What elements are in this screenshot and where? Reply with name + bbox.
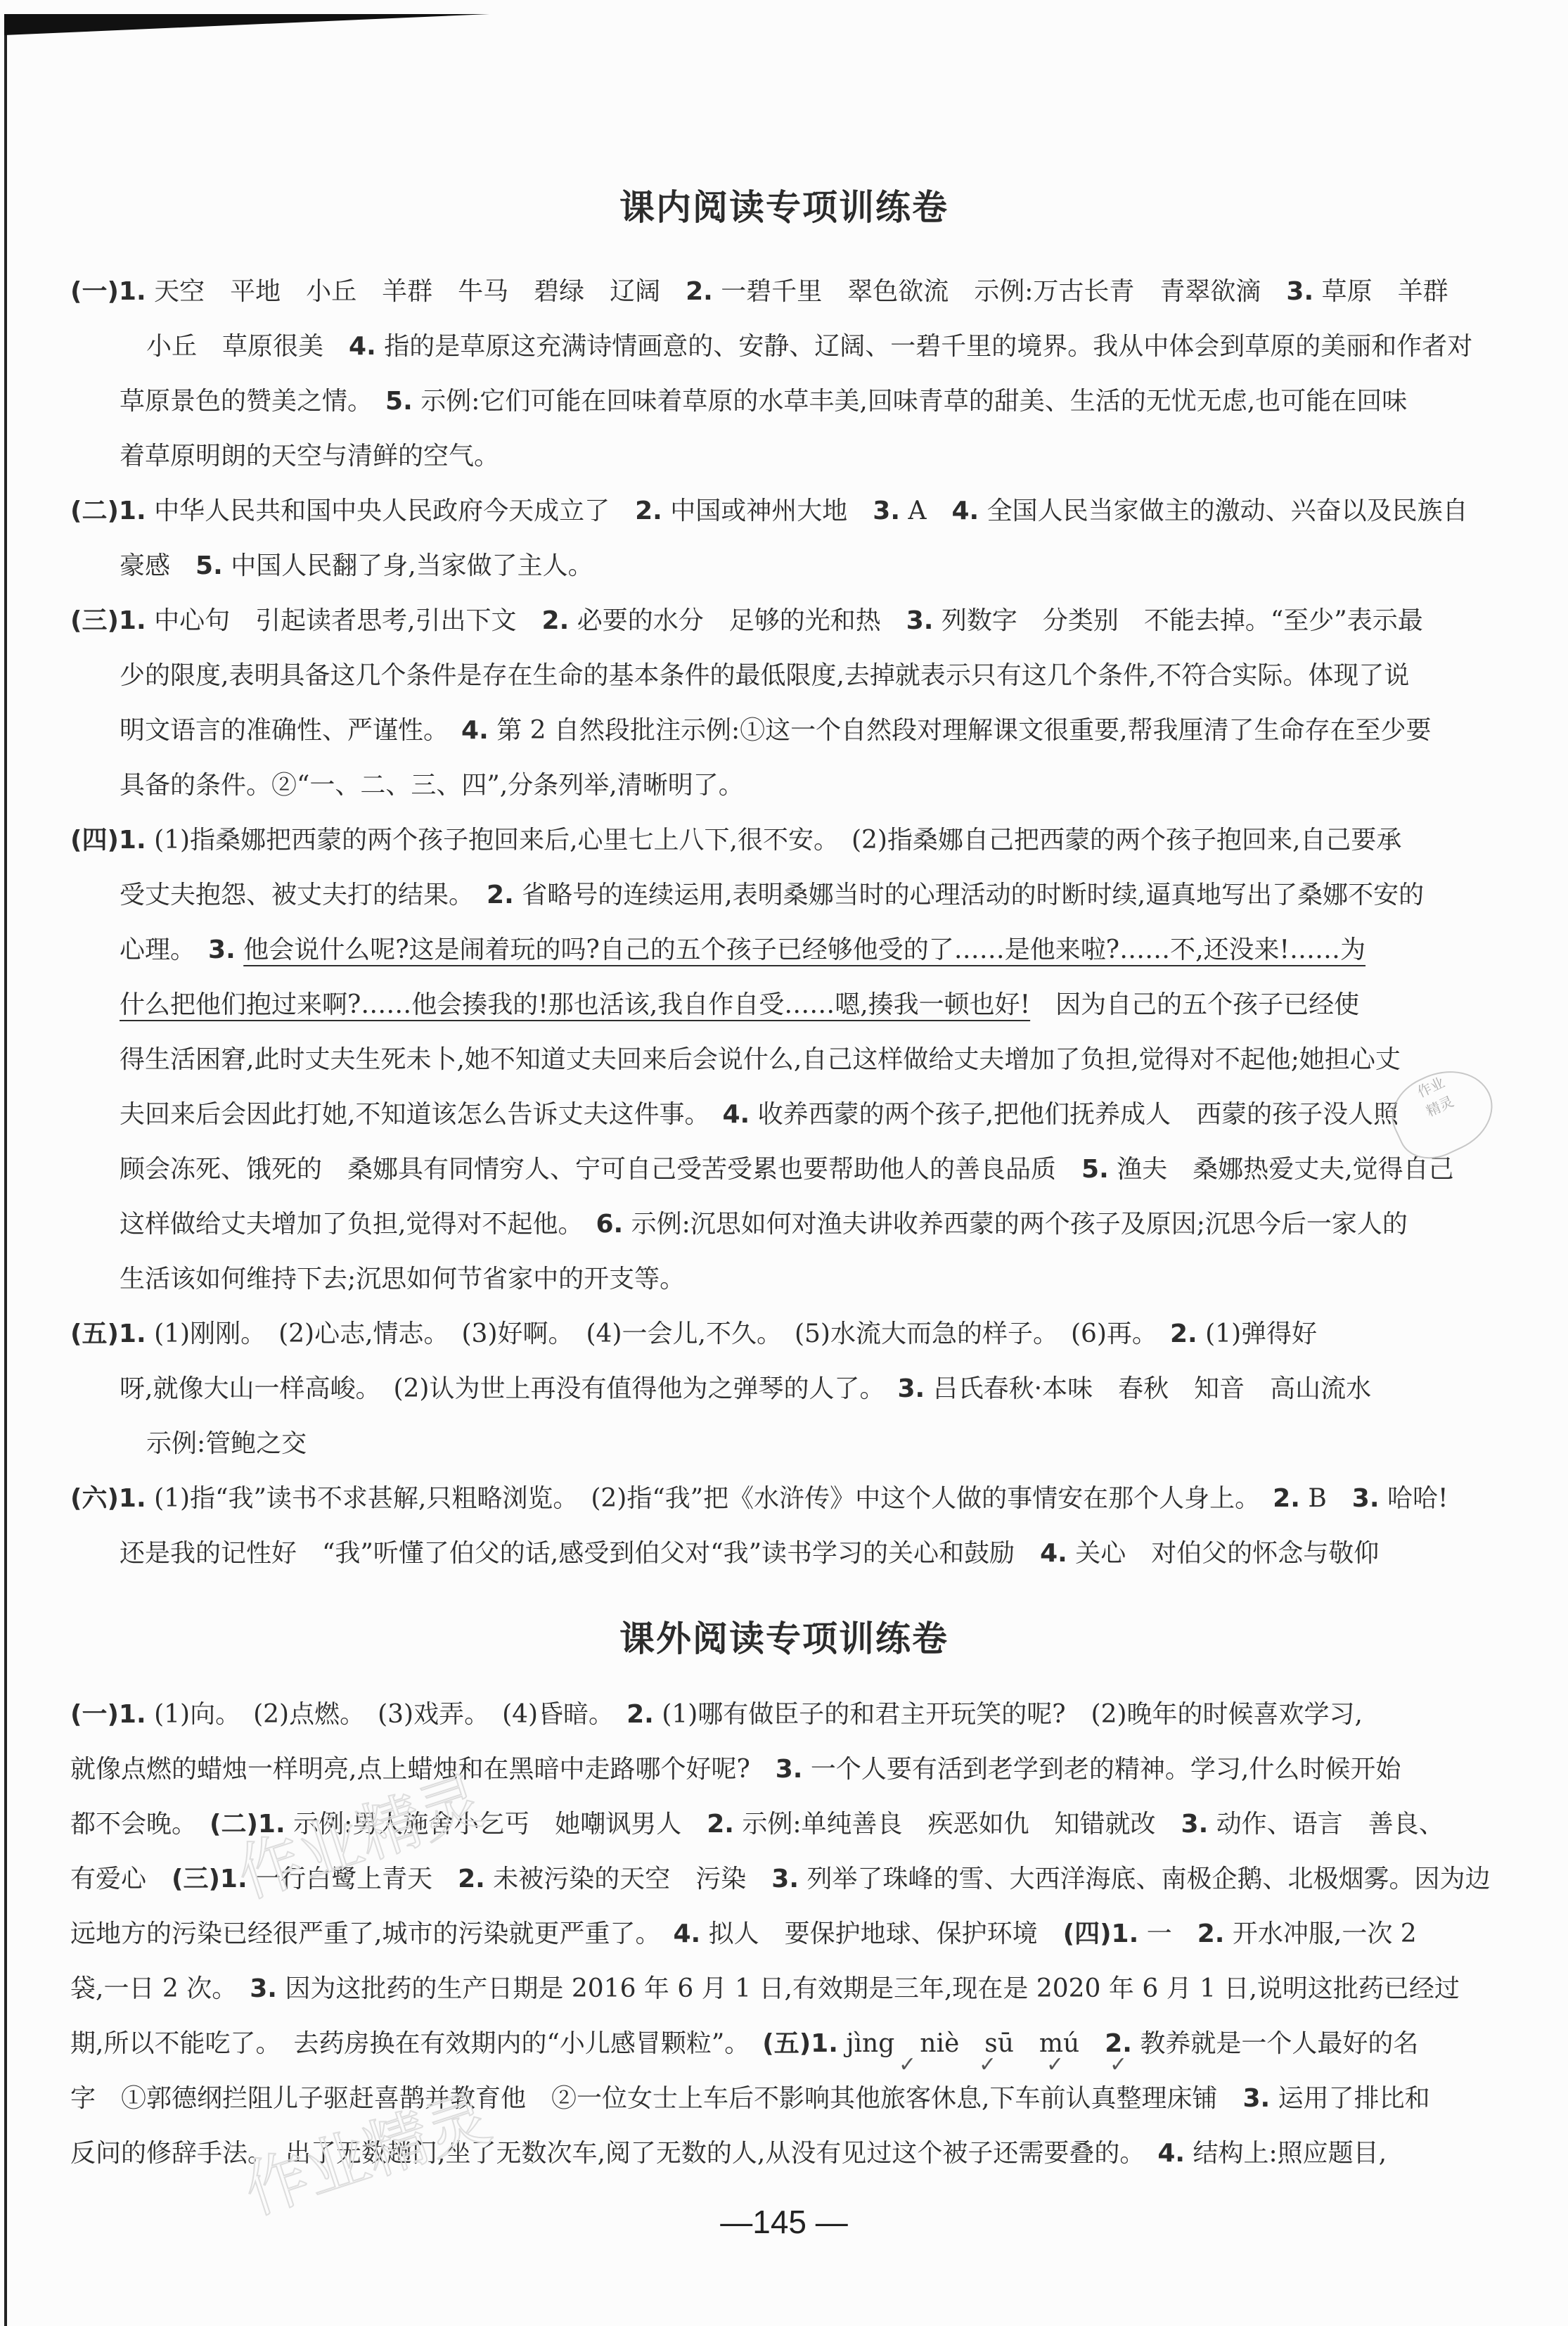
answer-text: 省略号的连续运用,表明桑娜当时的心理活动的时断时续,逼真地写出了桑娜不安的 (514, 881, 1424, 909)
answer-text: 关心 对伯父的怀念与敬仰 (1067, 1539, 1379, 1568)
question-number: 3. (906, 606, 934, 635)
question-number: (一)1. (70, 1700, 146, 1729)
question-number: 2. (542, 606, 570, 635)
answer-text: 动作、语言 善良、 (1208, 1810, 1444, 1839)
answer-line: 明文语言的准确性、严谨性。 4. 第 2 自然段批注示例:①这一个自然段对理解课… (120, 713, 1432, 748)
answer-line: 就像点燃的蜡烛一样明亮,点上蜡烛和在黑暗中走路哪个好呢? 3. 一个人要有活到老… (70, 1752, 1401, 1787)
answer-text: 运用了排比和 (1270, 2084, 1429, 2113)
question-number: (二)1. (70, 497, 146, 525)
question-number: 5. (385, 387, 413, 416)
answer-text: 列数字 分类别 不能去掉。“至少”表示最 (933, 606, 1422, 635)
answer-line: 豪感 5. 中国人民翻了身,当家做了主人。 (120, 549, 593, 584)
page-number: —145 — (0, 2203, 1568, 2241)
answer-line: 什么把他们抱过来啊?……他会揍我的!那也活该,我自作自受……嗯,揍我一顿也好! … (120, 988, 1359, 1023)
answer-text: (1)指“我”读书不求甚解,只粗略浏览。 (2)指“我”把《水浒传》中这个人做的… (146, 1484, 1273, 1513)
answer-text: 一个人要有活到老学到老的精神。学习,什么时候开始 (802, 1755, 1401, 1784)
question-number: 2. (635, 497, 662, 525)
answer-text: 示例:它们可能在回味着草原的水草丰美,回味青草的甜美、生活的无忧无虑,也可能在回… (413, 387, 1407, 416)
answer-text: 拟人 要保护地球、保护环境 (700, 1919, 1062, 1948)
section-title-extracurricular: 课外阅读专项训练卷 (0, 1618, 1568, 1660)
answer-text: 中心句 引起读者思考,引出下文 (146, 606, 542, 635)
answer-text: 指的是草原这充满诗情画意的、安静、辽阔、一碧千里的境界。我从中体会到草原的美丽和… (376, 332, 1472, 361)
answer-text: (1)弹得好 (1197, 1319, 1317, 1348)
question-number: 3. (1352, 1484, 1380, 1513)
question-number: 4. (1040, 1539, 1067, 1568)
underlined-answer: 什么把他们抱过来啊?……他会揍我的!那也活该,我自作自受……嗯,揍我一顿也好! (120, 990, 1030, 1019)
answer-text: 有爱心 (70, 1865, 172, 1893)
question-number: (一)1. (70, 277, 146, 306)
question-number: 3. (873, 497, 900, 525)
answer-text: 开水冲服,一次 2 (1224, 1919, 1416, 1948)
question-number: 6. (596, 1210, 623, 1239)
answer-text: 教养就是一个人最好的名 (1132, 2029, 1418, 2058)
question-number: 2. (1273, 1484, 1300, 1513)
question-number: 2. (686, 277, 713, 306)
answer-text: 还是我的记性好 “我”听懂了伯父的话,感受到伯父对“我”读书学习的关心和鼓励 (120, 1539, 1040, 1568)
question-number: 2. (1170, 1319, 1197, 1348)
answer-text: A (900, 497, 951, 525)
answer-text: 全国人民当家做主的激动、兴奋以及民族自 (979, 497, 1467, 525)
answer-text: 顾会冻死、饿死的 桑娜具有同情穷人、宁可自己受苦受累也要帮助他人的善良品质 (120, 1155, 1081, 1184)
answer-line: 远地方的污染已经很严重了,城市的污染就更严重了。 4. 拟人 要保护地球、保护环… (70, 1917, 1417, 1952)
answer-line: (三)1. 中心句 引起读者思考,引出下文 2. 必要的水分 足够的光和热 3.… (70, 603, 1423, 639)
answer-text: 未被污染的天空 污染 (485, 1865, 771, 1893)
answer-text: (1)哪有做臣子的和君主开玩笑的呢? (2)晚年的时候喜欢学习, (654, 1700, 1363, 1729)
question-number: 2. (626, 1700, 654, 1729)
question-number: 4. (1157, 2139, 1185, 2168)
answer-text: 草原 羊群 (1313, 277, 1448, 306)
answer-line: (二)1. 中华人民共和国中央人民政府今天成立了 2. 中国或神州大地 3. A… (70, 494, 1468, 529)
question-number: 3. (208, 935, 236, 964)
answer-text: 中国或神州大地 (662, 497, 873, 525)
checkmark-icon: ✓ (979, 2052, 996, 2077)
answer-text: 呀,就像大山一样高峻。 (2)认为世上再没有值得他为之弹琴的人了。 (120, 1374, 897, 1403)
question-number: 4. (722, 1100, 750, 1129)
question-number: (三)1. (70, 606, 146, 635)
page-scan-edge (4, 14, 7, 2326)
answer-text: 中华人民共和国中央人民政府今天成立了 (146, 497, 635, 525)
checkmark-icon: ✓ (1110, 2052, 1127, 2077)
answer-text: 一 (1138, 1919, 1197, 1948)
answer-line: 着草原明朗的天空与清鲜的空气。 (120, 439, 499, 474)
answer-text: 吕氏春秋·本味 春秋 知音 高山流水 (925, 1374, 1371, 1403)
question-number: 2. (707, 1810, 734, 1839)
answer-line: 顾会冻死、饿死的 桑娜具有同情穷人、宁可自己受苦受累也要帮助他人的善良品质 5.… (120, 1152, 1454, 1187)
answer-text: 示例:单纯善良 疾恶如仇 知错就改 (734, 1810, 1181, 1839)
answer-line: 示例:管鲍之交 (146, 1426, 307, 1462)
section-title-in-class: 课内阅读专项训练卷 (0, 186, 1568, 229)
answer-text: 中国人民翻了身,当家做了主人。 (223, 551, 593, 580)
answer-text: 小丘 草原很美 (146, 332, 349, 361)
answer-line: (四)1. (1)指桑娜把西蒙的两个孩子抱回来后,心里七上八下,很不安。 (2)… (70, 823, 1401, 858)
answer-text: 示例:管鲍之交 (146, 1429, 307, 1458)
question-number: (三)1. (172, 1865, 248, 1893)
answer-text: 豪感 (120, 551, 195, 580)
question-number: 2. (1197, 1919, 1225, 1948)
question-number: 4. (349, 332, 376, 361)
question-number: 4. (673, 1919, 700, 1948)
answer-text: 这样做给丈夫增加了负担,觉得对不起他。 (120, 1210, 596, 1239)
answer-line: 袋,一日 2 次。 3. 因为这批药的生产日期是 2016 年 6 月 1 日,… (70, 1972, 1460, 2007)
answer-text: 心理。 (120, 935, 208, 964)
answer-text: 哈哈! (1380, 1484, 1448, 1513)
answer-text: 得生活困窘,此时丈夫生死未卜,她不知道丈夫回来后会说什么,自己这样做给丈夫增加了… (120, 1045, 1401, 1074)
question-number: 3. (250, 1974, 277, 2003)
answer-text: 袋,一日 2 次。 (70, 1974, 250, 2003)
question-number: (四)1. (70, 826, 146, 855)
answer-line: 生活该如何维持下去;沉思如何节省家中的开支等。 (120, 1262, 685, 1297)
underlined-answer: 他会说什么呢?这是闹着玩的吗?自己的五个孩子已经够他受的了……是他来啦?……不,… (243, 935, 1365, 964)
answer-text: 列举了珠峰的雪、大西洋海底、南极企鹅、北极烟雾。因为边 (799, 1865, 1490, 1893)
answer-text: 受丈夫抱怨、被丈夫打的结果。 (120, 881, 487, 909)
answer-text: 期,所以不能吃了。 去药房换在有效期内的“小儿感冒颗粒”。 (70, 2029, 762, 2058)
answer-text: (1)向。 (2)点燃。 (3)戏弄。 (4)昏暗。 (146, 1700, 626, 1729)
answer-text: 远地方的污染已经很严重了,城市的污染就更严重了。 (70, 1919, 673, 1948)
answer-line: 受丈夫抱怨、被丈夫打的结果。 2. 省略号的连续运用,表明桑娜当时的心理活动的时… (120, 878, 1424, 913)
question-number: 4. (951, 497, 979, 525)
answer-line: 夫回来后会因此打她,不知道该怎么告诉丈夫这件事。 4. 收养西蒙的两个孩子,把他… (120, 1097, 1399, 1132)
answer-text: 着草原明朗的天空与清鲜的空气。 (120, 442, 499, 471)
answer-text: 因为这批药的生产日期是 2016 年 6 月 1 日,有效期是三年,现在是 20… (277, 1974, 1460, 2003)
answer-line: 还是我的记性好 “我”听懂了伯父的话,感受到伯父对“我”读书学习的关心和鼓励 4… (120, 1536, 1379, 1571)
question-number: 5. (1081, 1155, 1109, 1184)
answer-text: 草原景色的赞美之情。 (120, 387, 385, 416)
answer-text: 因为自己的五个孩子已经使 (1030, 990, 1359, 1019)
answer-text: 都不会晚。 (70, 1810, 210, 1839)
answer-line: 得生活困窘,此时丈夫生死未卜,她不知道丈夫回来后会说什么,自己这样做给丈夫增加了… (120, 1042, 1401, 1078)
answer-line: (五)1. (1)刚刚。 (2)心志,情志。 (3)好啊。 (4)一会儿,不久。… (70, 1317, 1317, 1352)
answer-text: 夫回来后会因此打她,不知道该怎么告诉丈夫这件事。 (120, 1100, 722, 1129)
answer-text: 具备的条件。②“一、二、三、四”,分条列举,清晰明了。 (120, 771, 744, 800)
answer-text: 天空 平地 小丘 羊群 牛马 碧绿 辽阔 (146, 277, 686, 306)
answer-text: 示例:沉思如何对渔夫讲收养西蒙的两个孩子及原因;沉思今后一家人的 (623, 1210, 1408, 1239)
answer-text: 结构上:照应题目, (1185, 2139, 1387, 2168)
question-number: 3. (771, 1865, 799, 1893)
question-number: 3. (1242, 2084, 1270, 2113)
answer-line: 期,所以不能吃了。 去药房换在有效期内的“小儿感冒颗粒”。 (五)1. jìng… (70, 2026, 1418, 2062)
checkmark-icon: ✓ (899, 2052, 916, 2077)
answer-text: (1)刚刚。 (2)心志,情志。 (3)好啊。 (4)一会儿,不久。 (5)水流… (146, 1319, 1170, 1348)
answer-text: 收养西蒙的两个孩子,把他们抚养成人 西蒙的孩子没人照 (750, 1100, 1399, 1129)
answer-line: 少的限度,表明具备这几个条件是存在生命的基本条件的最低限度,去掉就表示只有这几个… (120, 658, 1409, 694)
answer-line: 小丘 草原很美 4. 指的是草原这充满诗情画意的、安静、辽阔、一碧千里的境界。我… (146, 329, 1472, 364)
question-number: (四)1. (1063, 1919, 1139, 1948)
checkmark-icon: ✓ (1046, 2052, 1064, 2077)
answer-text: 第 2 自然段批注示例:①这一个自然段对理解课文很重要,帮我厘清了生命存在至少要 (489, 716, 1432, 745)
question-number: 2. (458, 1865, 485, 1893)
answer-text: 字 ①郭德纲拦阻儿子驱赶喜鹊并教育他 ②一位女士上车后不影响其他旅客休息,下车前… (70, 2084, 1242, 2113)
answer-line: (一)1. 天空 平地 小丘 羊群 牛马 碧绿 辽阔 2. 一碧千里 翠色欲流 … (70, 274, 1448, 309)
answer-text: (1)指桑娜把西蒙的两个孩子抱回来后,心里七上八下,很不安。 (2)指桑娜自己把… (146, 826, 1402, 855)
answer-text: 渔夫 桑娜热爱丈夫,觉得自己 (1109, 1155, 1454, 1184)
question-number: 3. (776, 1755, 803, 1784)
answer-text: 生活该如何维持下去;沉思如何节省家中的开支等。 (120, 1265, 685, 1293)
answer-line: 心理。 3. 他会说什么呢?这是闹着玩的吗?自己的五个孩子已经够他受的了……是他… (120, 933, 1365, 968)
page-scan-corner (4, 14, 489, 35)
answer-text: 必要的水分 足够的光和热 (569, 606, 906, 635)
answer-line: 字 ①郭德纲拦阻儿子驱赶喜鹊并教育他 ②一位女士上车后不影响其他旅客休息,下车前… (70, 2081, 1430, 2116)
question-number: 2. (487, 881, 514, 909)
answer-text: 少的限度,表明具备这几个条件是存在生命的基本条件的最低限度,去掉就表示只有这几个… (120, 661, 1409, 690)
question-number: 3. (1286, 277, 1313, 306)
answer-text: 一碧千里 翠色欲流 示例:万古长青 青翠欲滴 (713, 277, 1287, 306)
question-number: (五)1. (70, 1319, 146, 1348)
question-number: (六)1. (70, 1484, 146, 1513)
answer-line: 这样做给丈夫增加了负担,觉得对不起他。 6. 示例:沉思如何对渔夫讲收养西蒙的两… (120, 1207, 1408, 1242)
answer-text (236, 935, 243, 964)
answer-text: 明文语言的准确性、严谨性。 (120, 716, 461, 745)
question-number: (五)1. (762, 2029, 838, 2058)
answer-line: 具备的条件。②“一、二、三、四”,分条列举,清晰明了。 (120, 768, 744, 803)
question-number: 4. (461, 716, 489, 745)
answer-line: (一)1. (1)向。 (2)点燃。 (3)戏弄。 (4)昏暗。 2. (1)哪… (70, 1697, 1363, 1732)
question-number: 5. (195, 551, 223, 580)
question-number: 3. (897, 1374, 925, 1403)
answer-text: jìng niè sū mú (838, 2029, 1105, 2058)
answer-line: (六)1. (1)指“我”读书不求甚解,只粗略浏览。 (2)指“我”把《水浒传》… (70, 1481, 1448, 1516)
question-number: 3. (1181, 1810, 1209, 1839)
answer-line: 呀,就像大山一样高峻。 (2)认为世上再没有值得他为之弹琴的人了。 3. 吕氏春… (120, 1372, 1371, 1407)
answer-line: 草原景色的赞美之情。 5. 示例:它们可能在回味着草原的水草丰美,回味青草的甜美… (120, 384, 1407, 419)
answer-text: B (1300, 1484, 1352, 1513)
